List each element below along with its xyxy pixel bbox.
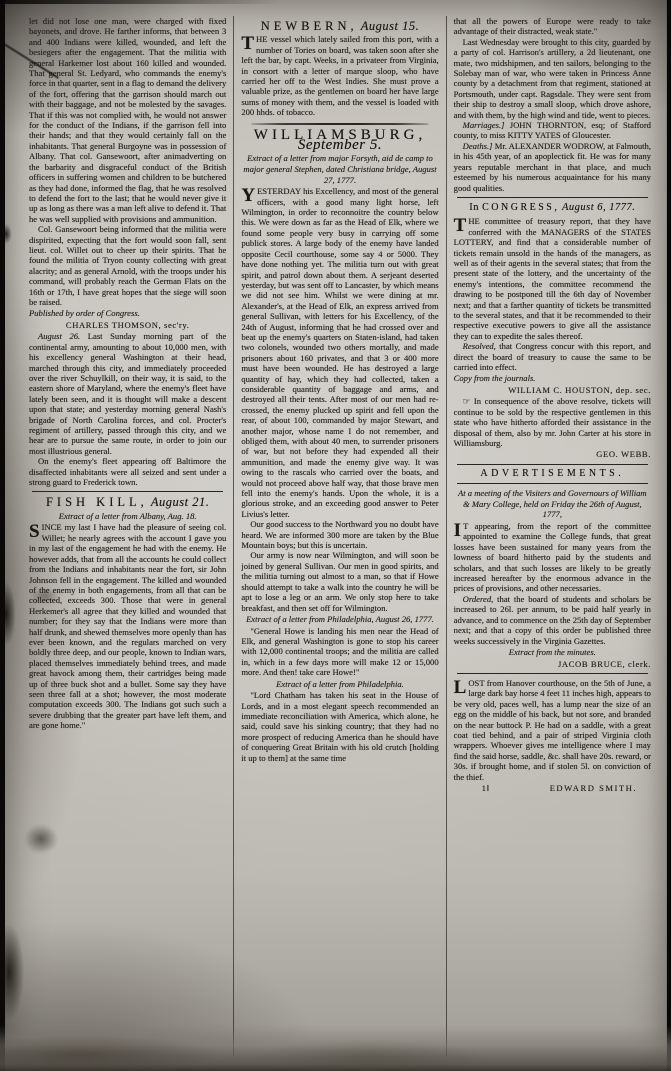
heading-lead: In <box>469 202 482 213</box>
divider-rule <box>457 197 648 198</box>
drop-cap: I <box>454 521 463 539</box>
section-heading: In CONGRESS, August 6, 1777. <box>454 203 651 213</box>
subheading: Published by order of Congress. <box>29 308 226 319</box>
body-paragraph: THE committee of treasury report, that t… <box>454 216 651 341</box>
heading-date: August 21. <box>151 495 209 509</box>
body-paragraph: Ordered, that the board of students and … <box>454 594 651 646</box>
divider-rule <box>32 491 223 492</box>
body-paragraph: Deaths.] Mr. ALEXANDER WODROW, at Falmou… <box>454 141 651 193</box>
body-paragraph: Marriages.] JOHN THORNTON, esq; of Staff… <box>454 120 651 141</box>
heading-place: FISH KILL, <box>46 495 148 509</box>
body-paragraph: IT appearing, from the report of the com… <box>454 521 651 594</box>
body-paragraph: August 26. Last Sunday morning part of t… <box>29 331 226 456</box>
body-paragraph: let did not lose one man, were charged w… <box>29 16 226 224</box>
columns-container: let did not lose one man, were charged w… <box>22 16 658 1056</box>
body-paragraph: Col. Gansewoort being informed that the … <box>29 224 226 307</box>
body-paragraph: that all the powers of Europe were ready… <box>454 16 651 37</box>
section-heading: WILLIAMSBURG, September 5. <box>241 130 438 151</box>
subheading: Extract from the minutes. <box>454 647 651 658</box>
heading-place: CONGRESS, <box>482 202 559 213</box>
heading-place: NEWBERN, <box>261 19 358 33</box>
subheading: Extract of a letter from Philadelphia. <box>241 679 438 690</box>
signature-line: WILLIAM C. HOUSTON, dep. sec. <box>454 385 651 395</box>
body-paragraph: Last Wednesday were brought to this city… <box>454 37 651 120</box>
divider-rule <box>457 464 648 465</box>
body-paragraph: On the enemy's fleet appearing off Balti… <box>29 456 226 487</box>
body-paragraph: ☞ In consequence of the above resolve, t… <box>454 396 651 448</box>
drop-cap: Y <box>241 186 257 204</box>
subheading: Copy from the journals. <box>454 373 651 384</box>
drop-cap: T <box>241 34 256 52</box>
newspaper-column-2: NEWBERN, August 15.THE vessel which late… <box>233 16 445 1056</box>
signature-line: JACOB BRUCE, clerk. <box>454 659 651 669</box>
body-paragraph: SINCE my last I have had the pleasure of… <box>29 522 226 730</box>
subheading: Extract of a letter from major Forsyth, … <box>241 153 438 185</box>
divider-rule <box>251 123 428 125</box>
newspaper-column-1: let did not lose one man, were charged w… <box>22 16 233 1056</box>
drop-cap: L <box>454 678 469 696</box>
subheading: Extract of a letter from Albany, Aug. 18… <box>29 511 226 522</box>
body-paragraph: LOST from Hanover courthouse, on the 5th… <box>454 678 651 782</box>
section-heading: FISH KILL, August 21. <box>29 497 226 507</box>
section-heading: ADVERTISEMENTS. <box>454 469 651 479</box>
signature-line: GEO. WEBB. <box>454 449 651 459</box>
newspaper-column-3: that all the powers of Europe were ready… <box>446 16 658 1056</box>
heading-date: August 6, 1777. <box>562 202 635 213</box>
divider-rule <box>457 673 648 674</box>
paragraph-lead: Deaths.] <box>463 141 493 151</box>
drop-cap: S <box>29 522 42 540</box>
footnote-mark: 1‖ <box>454 783 490 793</box>
body-paragraph: "General Howe is landing his men near th… <box>241 626 438 678</box>
paragraph-lead: Resolved, <box>463 341 496 351</box>
heading-place: ADVERTISEMENTS. <box>480 468 624 479</box>
divider-rule <box>457 483 648 484</box>
body-paragraph: THE vessel which lately sailed from this… <box>241 34 438 117</box>
newspaper-page: let did not lose one man, were charged w… <box>0 0 671 1071</box>
body-paragraph: Our good success to the Northward you no… <box>241 519 438 550</box>
signature-line: CHARLES THOMSON, sec'ry. <box>29 320 226 330</box>
body-paragraph: Our army is now near Wilmington, and wil… <box>241 550 438 612</box>
heading-date: August 15. <box>361 19 419 33</box>
section-heading: NEWBERN, August 15. <box>241 21 438 31</box>
body-paragraph: YESTERDAY his Excellency, and most of th… <box>241 186 438 519</box>
subheading: Extract of a letter from Philadelphia, A… <box>241 614 438 625</box>
heading-date: September 5. <box>298 137 382 153</box>
signature-line: 1‖EDWARD SMITH. <box>454 783 651 793</box>
subheading: At a meeting of the Visiters and Governo… <box>454 488 651 520</box>
paragraph-lead: Marriages.] <box>463 120 505 130</box>
paragraph-lead: Ordered, <box>463 594 494 604</box>
drop-cap: T <box>454 216 469 234</box>
paragraph-lead: August 26. <box>38 331 80 341</box>
body-paragraph: "Lord Chatham has taken his seat in the … <box>241 690 438 763</box>
signature-name: EDWARD SMITH. <box>550 783 651 793</box>
body-paragraph: Resolved, that Congress concur with this… <box>454 341 651 372</box>
